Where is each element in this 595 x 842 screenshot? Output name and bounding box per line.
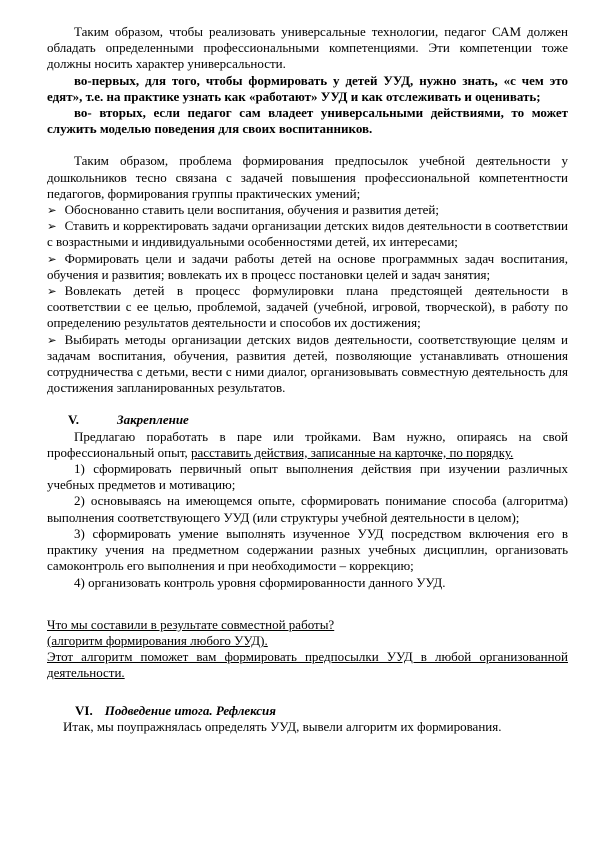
document-page: Таким образом, чтобы реализовать универс… [0,0,595,842]
paragraph-pair-work-intro: Предлагаю поработать в паре или тройками… [47,429,568,461]
skill-list-item: ➢Формировать цели и задачи работы детей … [47,251,568,283]
skill-list-item: ➢Обоснованно ставить цели воспитания, об… [47,202,568,218]
step-number: 4) [74,575,85,590]
paragraph-problem-statement: Таким образом, проблема формирования пре… [47,153,568,202]
skill-text: Вовлекать детей в процесс формулировки п… [47,283,568,330]
skill-list-item: ➢Выбирать методы организации детских вид… [47,332,568,397]
section-title: Закрепление [117,412,189,427]
skill-list-item: ➢Вовлекать детей в процесс формулировки … [47,283,568,332]
arrow-bullet-icon: ➢ [47,219,65,233]
step-text: сформировать первичный опыт выполнения д… [47,461,568,492]
arrow-bullet-icon: ➢ [47,284,65,298]
paragraph-reflection: Итак, мы поупражнялась определять УУД, в… [47,719,568,735]
section-heading-v: V.Закрепление [47,412,568,428]
section-title: Подведение итога. Рефлексия [105,703,276,718]
step-text: сформировать умение выполнять изученное … [47,526,568,573]
section-number: V. [68,412,79,427]
step-number: 1) [74,461,85,476]
arrow-bullet-icon: ➢ [47,252,65,266]
skill-text: Ставить и корректировать задачи организа… [47,218,568,249]
intro-underlined-text: расставить действия, записанные на карто… [191,445,513,460]
step-text: организовать контроль уровня сформирован… [88,575,445,590]
arrow-bullet-icon: ➢ [47,333,65,347]
skill-text: Обоснованно ставить цели воспитания, обу… [65,202,439,217]
skill-text: Выбирать методы организации детских видо… [47,332,568,396]
result-note: Этот алгоритм поможет вам формировать пр… [47,649,568,681]
result-question-block: Что мы составили в результате совместной… [47,617,568,682]
algorithm-step: 3) сформировать умение выполнять изученн… [47,526,568,575]
algorithm-step: 2) основываясь на имеющемся опыте, сформ… [47,493,568,525]
paragraph-secondly: во- вторых, если педагог сам владеет уни… [47,105,568,137]
skill-text: Формировать цели и задачи работы детей н… [47,251,568,282]
step-number: 3) [74,526,85,541]
paragraph-firstly: во-первых, для того, чтобы формировать у… [47,73,568,105]
skill-list-item: ➢Ставить и корректировать задачи организ… [47,218,568,250]
result-question: Что мы составили в результате совместной… [47,617,568,633]
paragraph-universal-competencies: Таким образом, чтобы реализовать универс… [47,24,568,73]
algorithm-step: 1) сформировать первичный опыт выполнени… [47,461,568,493]
step-number: 2) [74,493,85,508]
algorithm-step: 4) организовать контроль уровня сформиро… [47,575,568,591]
section-heading-vi: VI.Подведение итога. Рефлексия [47,703,568,719]
result-answer: (алгоритм формирования любого УУД). [47,633,568,649]
step-text: основываясь на имеющемся опыте, сформиро… [47,493,568,524]
section-number: VI. [75,703,93,718]
arrow-bullet-icon: ➢ [47,203,65,217]
